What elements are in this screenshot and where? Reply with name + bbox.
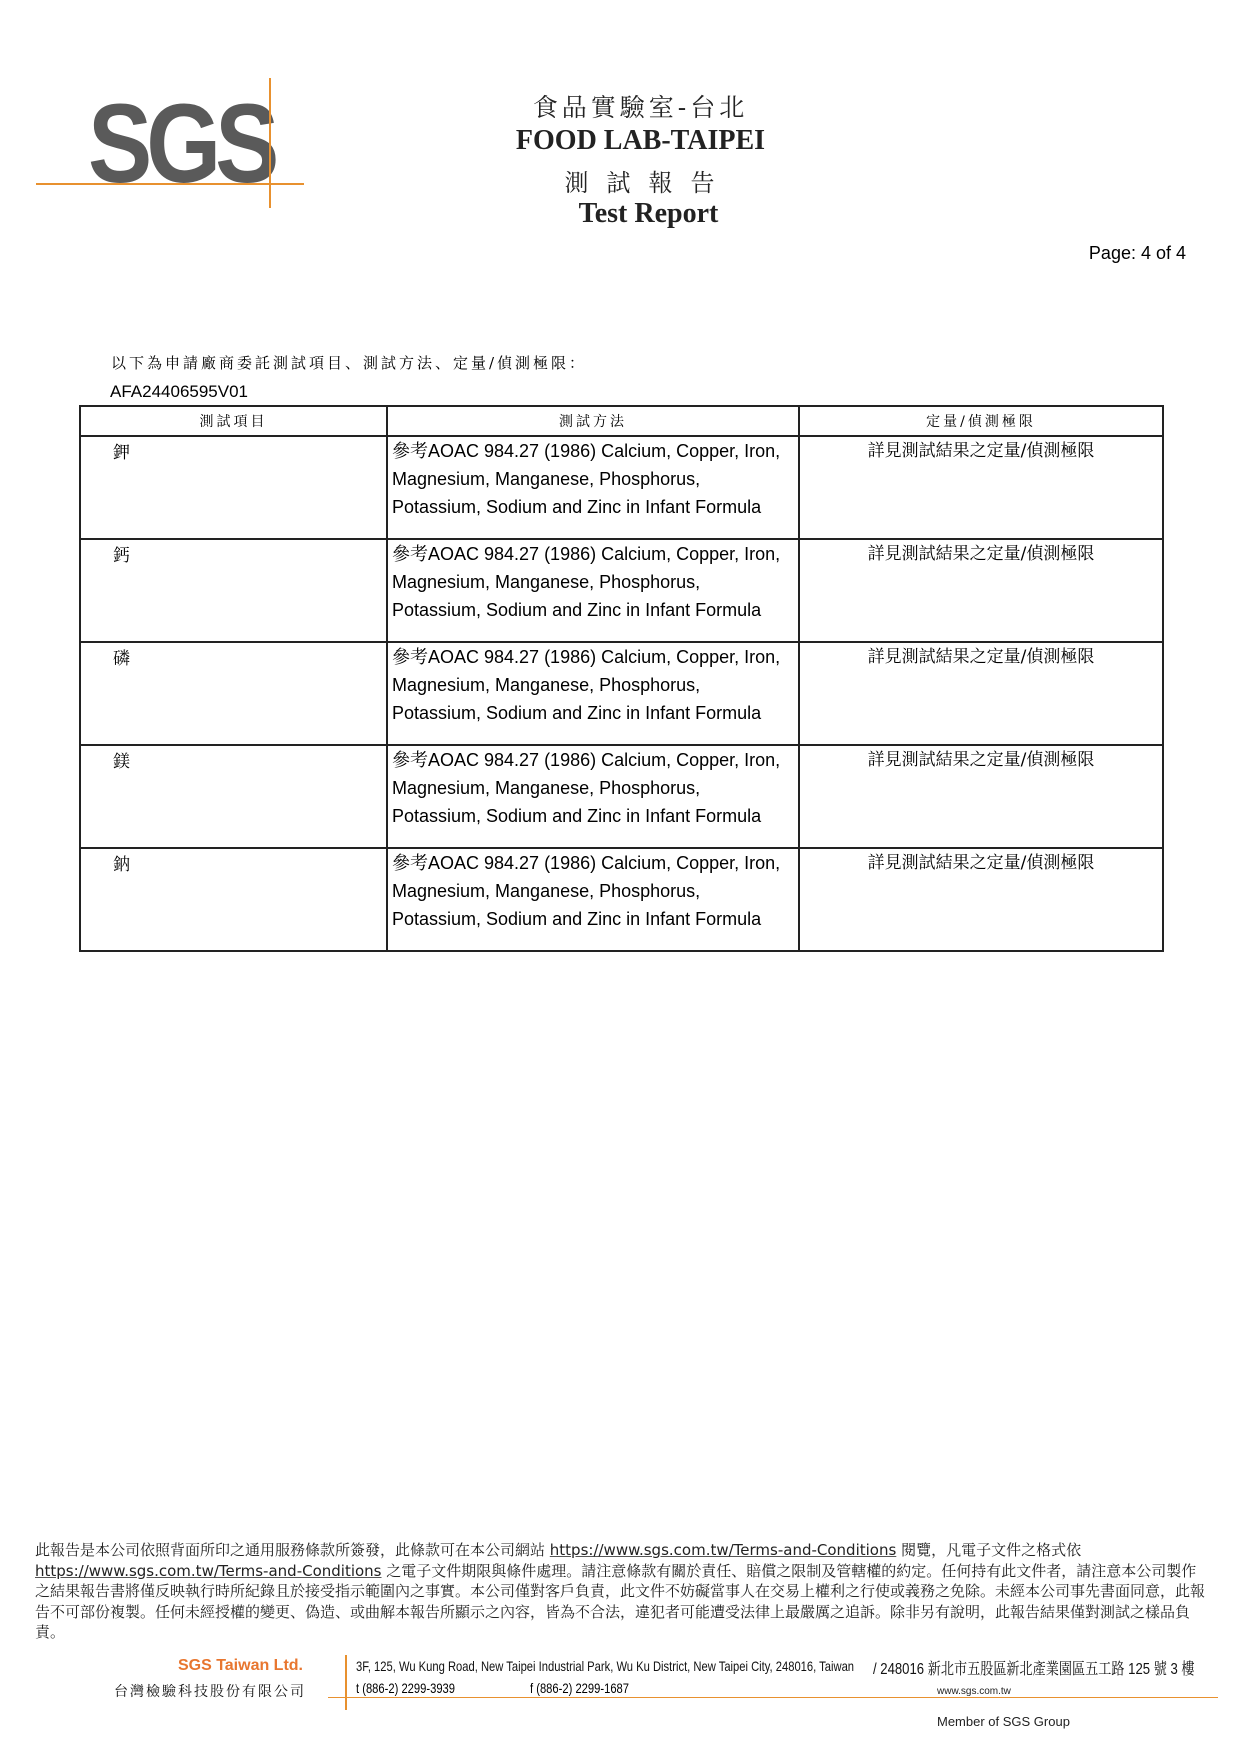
test-method-line: 參考AOAC 984.27 (1986) Calcium, Copper, Ir… — [388, 540, 798, 568]
address-en: 3F, 125, Wu Kung Road, New Taipei Indust… — [356, 1658, 854, 1674]
company-name-en: SGS Taiwan Ltd. — [178, 1657, 303, 1675]
member-of-group: Member of SGS Group — [937, 1714, 1070, 1729]
cell-test-item: 鉀 — [80, 436, 387, 539]
test-method-line: Potassium, Sodium and Zinc in Infant For… — [388, 802, 798, 830]
report-id: AFA24406595V01 — [110, 382, 248, 402]
table-row: 鈉參考AOAC 984.27 (1986) Calcium, Copper, I… — [80, 848, 1163, 951]
intro-text: 以下為申請廠商委託測試項目、測試方法、定量/偵測極限： — [111, 352, 587, 373]
footer-horizontal-rule — [328, 1697, 1218, 1698]
cell-limit: 詳見測試結果之定量/偵測極限 — [799, 436, 1163, 539]
test-method-line: 參考AOAC 984.27 (1986) Calcium, Copper, Ir… — [388, 746, 798, 774]
cell-test-method: 參考AOAC 984.27 (1986) Calcium, Copper, Ir… — [387, 848, 799, 951]
cell-test-method: 參考AOAC 984.27 (1986) Calcium, Copper, Ir… — [387, 436, 799, 539]
website-link[interactable]: www.sgs.com.tw — [937, 1686, 1011, 1697]
cell-limit: 詳見測試結果之定量/偵測極限 — [799, 539, 1163, 642]
report-title-zh: 測試報告 — [28, 163, 1241, 198]
header-limit: 定量/偵測極限 — [799, 406, 1163, 436]
limit-text: 詳見測試結果之定量/偵測極限 — [800, 643, 1162, 671]
limit-text: 詳見測試結果之定量/偵測極限 — [800, 746, 1162, 774]
test-item-label: 磷 — [81, 643, 386, 673]
test-method-line: 參考AOAC 984.27 (1986) Calcium, Copper, Ir… — [388, 437, 798, 465]
table-row: 鉀參考AOAC 984.27 (1986) Calcium, Copper, I… — [80, 436, 1163, 539]
table-row: 磷參考AOAC 984.27 (1986) Calcium, Copper, I… — [80, 642, 1163, 745]
test-method-line: Magnesium, Manganese, Phosphorus, — [388, 671, 798, 699]
test-method-line: Potassium, Sodium and Zinc in Infant For… — [388, 905, 798, 933]
test-method-line: 參考AOAC 984.27 (1986) Calcium, Copper, Ir… — [388, 643, 798, 671]
test-methods-table: 測試項目 測試方法 定量/偵測極限 鉀參考AOAC 984.27 (1986) … — [79, 405, 1164, 952]
limit-text: 詳見測試結果之定量/偵測極限 — [800, 437, 1162, 465]
address-zh: / 248016 新北市五股區新北產業園區五工路 125 號 3 樓 — [873, 1656, 1195, 1679]
fax: f (886-2) 2299-1687 — [530, 1680, 629, 1696]
disclaimer-text: 閱覽，凡電子文件之格式依 — [896, 1541, 1081, 1559]
terms-link[interactable]: https://www.sgs.com.tw/Terms-and-Conditi… — [550, 1541, 897, 1559]
footer-vertical-rule — [345, 1655, 347, 1710]
test-item-label: 鉀 — [81, 437, 386, 467]
test-method-line: Potassium, Sodium and Zinc in Infant For… — [388, 493, 798, 521]
cell-limit: 詳見測試結果之定量/偵測極限 — [799, 642, 1163, 745]
cell-limit: 詳見測試結果之定量/偵測極限 — [799, 745, 1163, 848]
test-method-line: Magnesium, Manganese, Phosphorus, — [388, 877, 798, 905]
cell-test-method: 參考AOAC 984.27 (1986) Calcium, Copper, Ir… — [387, 642, 799, 745]
company-name-zh: 台灣檢驗科技股份有限公司 — [114, 1681, 306, 1701]
lab-title-en: FOOD LAB-TAIPEI — [20, 125, 1241, 157]
test-method-line: Potassium, Sodium and Zinc in Infant For… — [388, 699, 798, 727]
table-row: 鎂參考AOAC 984.27 (1986) Calcium, Copper, I… — [80, 745, 1163, 848]
test-method-line: Magnesium, Manganese, Phosphorus, — [388, 465, 798, 493]
disclaimer-text: 此報告是本公司依照背面所印之通用服務條款所簽發，此條款可在本公司網站 — [35, 1541, 550, 1559]
test-item-label: 鈣 — [81, 540, 386, 570]
limit-text: 詳見測試結果之定量/偵測極限 — [800, 540, 1162, 568]
limit-text: 詳見測試結果之定量/偵測極限 — [800, 849, 1162, 877]
test-method-line: Magnesium, Manganese, Phosphorus, — [388, 568, 798, 596]
header-test-method: 測試方法 — [387, 406, 799, 436]
table-row: 鈣參考AOAC 984.27 (1986) Calcium, Copper, I… — [80, 539, 1163, 642]
terms-link[interactable]: https://www.sgs.com.tw/Terms-and-Conditi… — [35, 1562, 382, 1580]
report-title-en: Test Report — [28, 198, 1241, 230]
test-method-line: Potassium, Sodium and Zinc in Infant For… — [388, 596, 798, 624]
lab-title-zh: 食品實驗室-台北 — [20, 88, 1241, 124]
cell-limit: 詳見測試結果之定量/偵測極限 — [799, 848, 1163, 951]
cell-test-item: 鈉 — [80, 848, 387, 951]
telephone: t (886-2) 2299-3939 — [356, 1680, 455, 1696]
test-method-line: Magnesium, Manganese, Phosphorus, — [388, 774, 798, 802]
header-test-item: 測試項目 — [80, 406, 387, 436]
table-header-row: 測試項目 測試方法 定量/偵測極限 — [80, 406, 1163, 436]
page-number: Page: 4 of 4 — [1089, 243, 1186, 264]
cell-test-item: 鎂 — [80, 745, 387, 848]
disclaimer: 此報告是本公司依照背面所印之通用服務條款所簽發，此條款可在本公司網站 https… — [35, 1540, 1210, 1643]
cell-test-item: 鈣 — [80, 539, 387, 642]
cell-test-method: 參考AOAC 984.27 (1986) Calcium, Copper, Ir… — [387, 539, 799, 642]
cell-test-item: 磷 — [80, 642, 387, 745]
test-method-line: 參考AOAC 984.27 (1986) Calcium, Copper, Ir… — [388, 849, 798, 877]
cell-test-method: 參考AOAC 984.27 (1986) Calcium, Copper, Ir… — [387, 745, 799, 848]
test-item-label: 鈉 — [81, 849, 386, 879]
test-item-label: 鎂 — [81, 746, 386, 776]
